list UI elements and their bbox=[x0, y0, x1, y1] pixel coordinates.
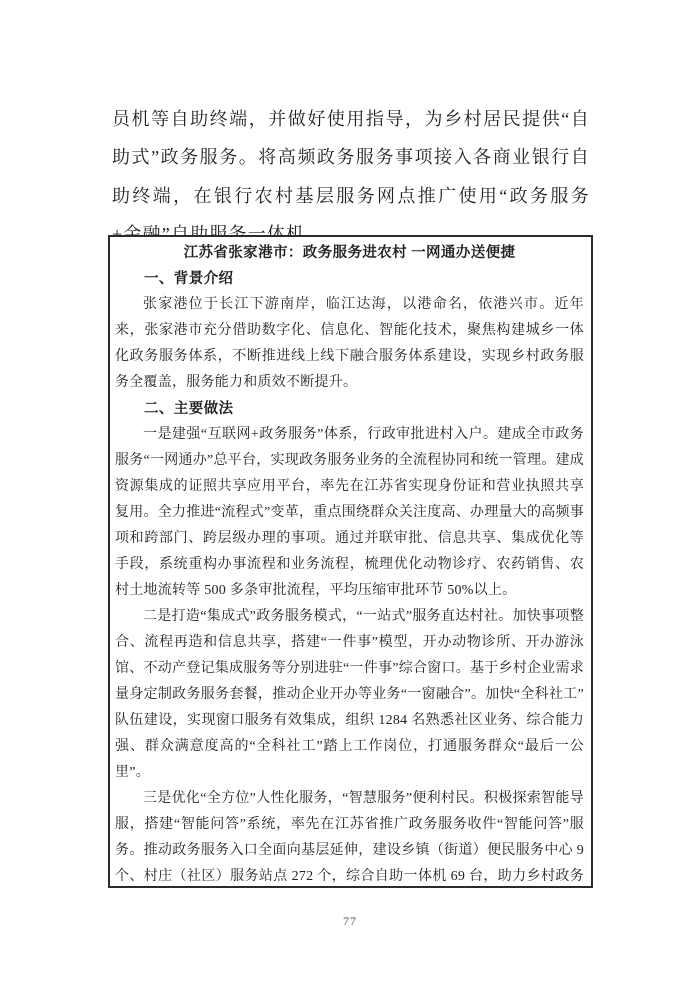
case-box-title: 江苏省张家港市：政务服务进农村 一网通办送便捷 bbox=[115, 240, 584, 266]
background-paragraph: 张家港位于长江下游南岸，临江达海，以港命名，依港兴市。近年来，张家港市充分借助数… bbox=[115, 292, 584, 396]
section-heading-background: 一、背景介绍 bbox=[115, 266, 584, 292]
practices-paragraph-2: 二是打造“集成式”政务服务模式，“一站式”服务直达村社。加快事项整合、流程再造和… bbox=[115, 604, 584, 786]
document-page: { "intro_paragraph": "员机等自助终端，并做好使用指导，为乡… bbox=[0, 0, 700, 990]
page-number: 77 bbox=[0, 914, 700, 929]
section-heading-practices: 二、主要做法 bbox=[115, 396, 584, 422]
practices-paragraph-3: 三是优化“全方位”人性化服务，“智慧服务”便利村民。积极探索智能导服，搭建“智能… bbox=[115, 786, 584, 888]
case-study-box: 江苏省张家港市：政务服务进农村 一网通办送便捷 一、背景介绍 张家港位于长江下游… bbox=[108, 235, 593, 888]
intro-paragraph: 员机等自助终端，并做好使用指导，为乡村居民提供“自助式”政务服务。将高频政务服务… bbox=[112, 100, 590, 253]
practices-paragraph-1: 一是建强“互联网+政务服务”体系，行政审批进村入户。建成全市政务服务“一网通办”… bbox=[115, 422, 584, 604]
